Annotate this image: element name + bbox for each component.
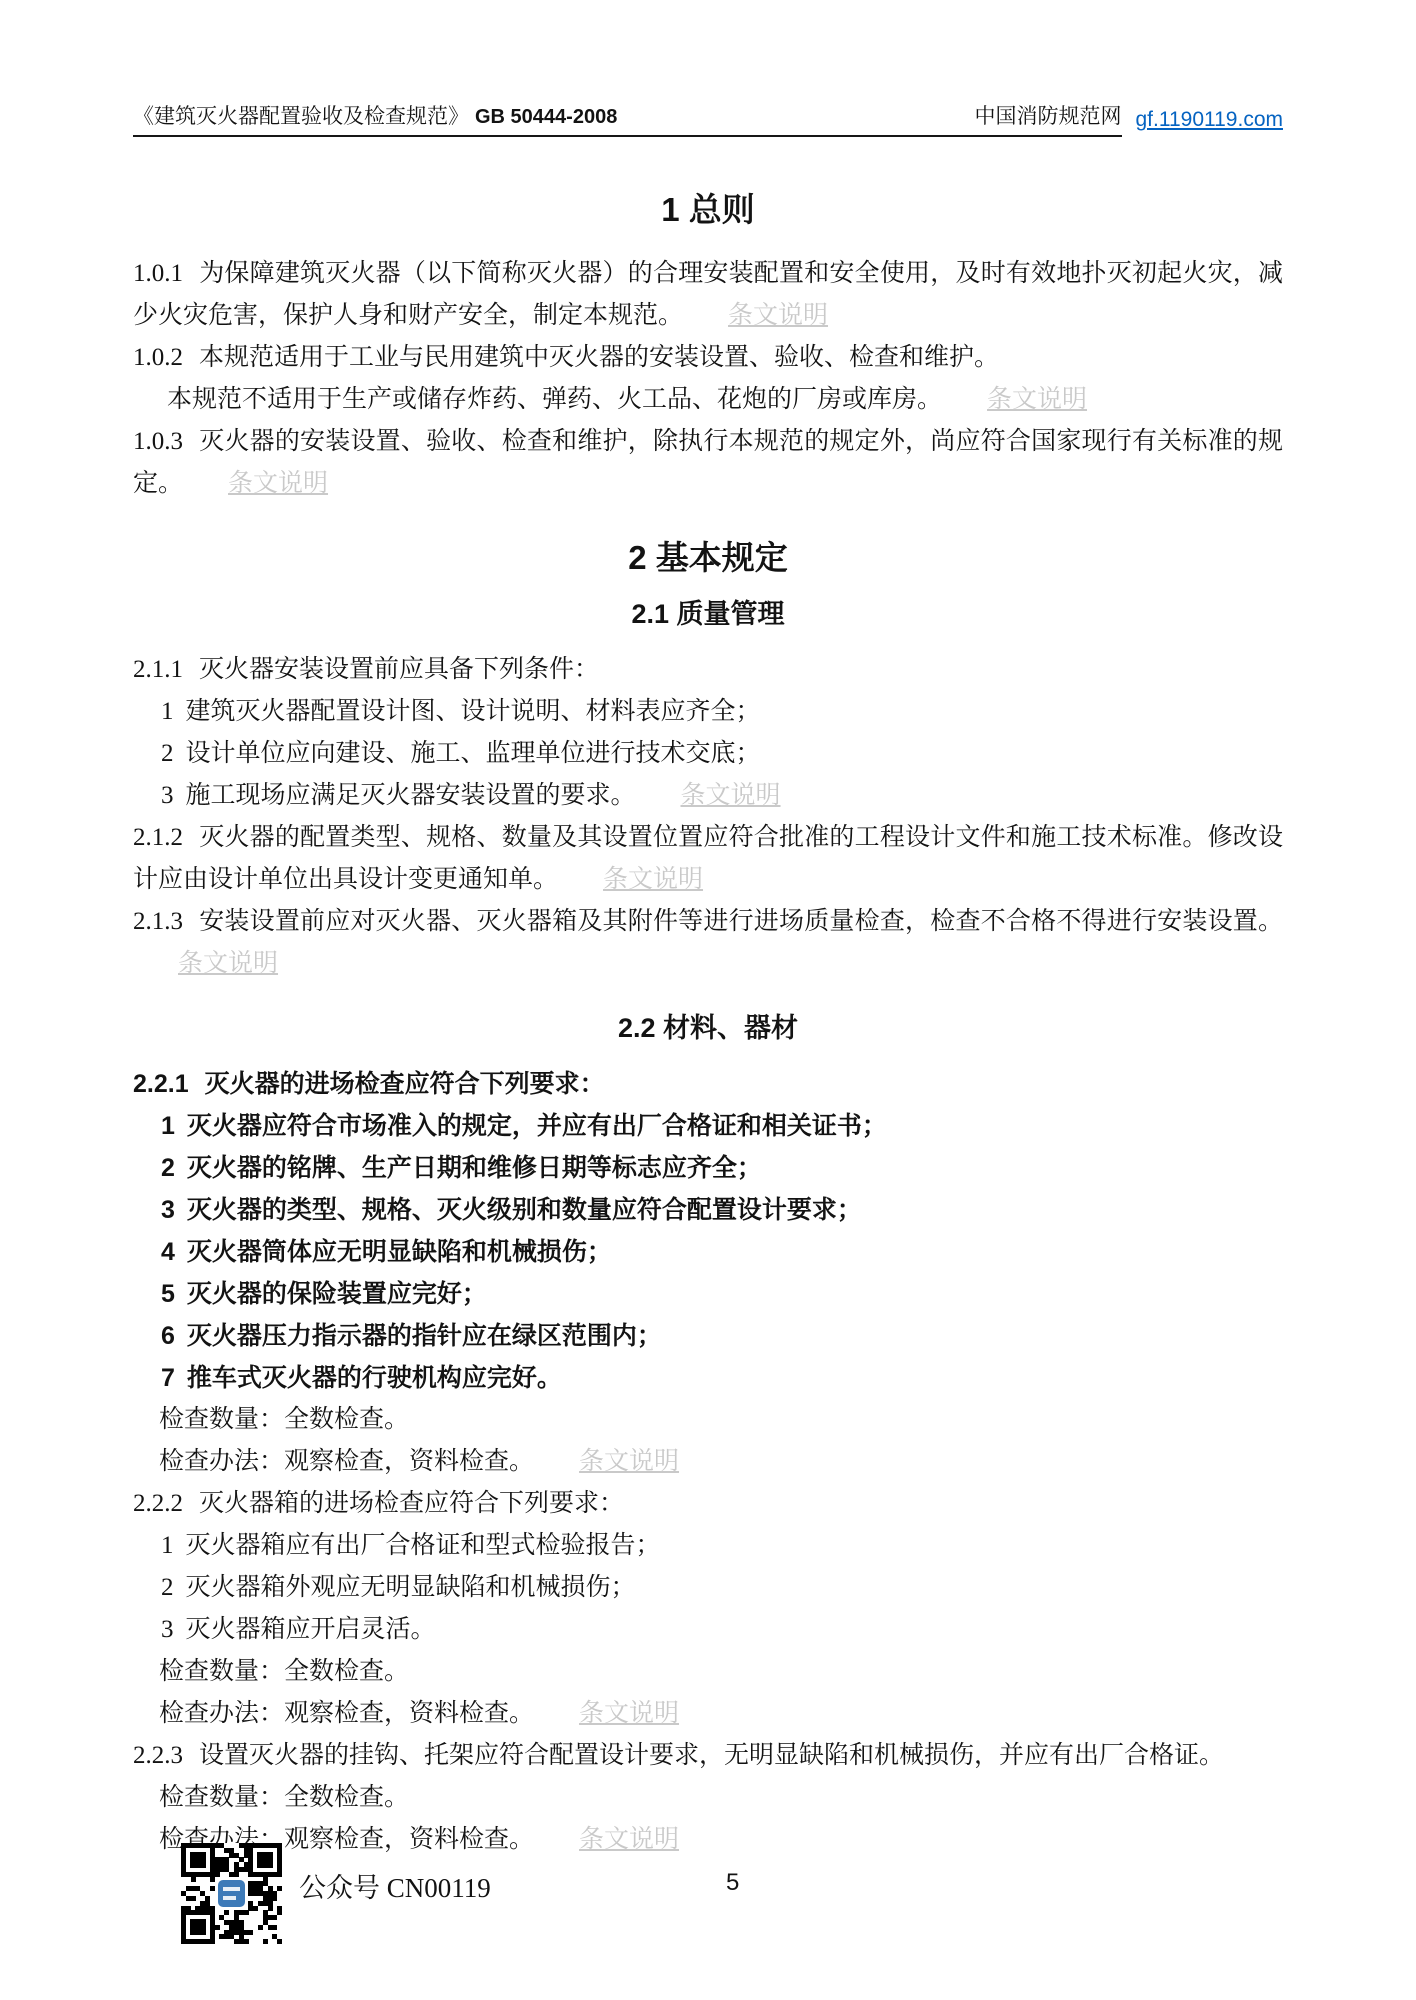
item-number: 5 — [161, 1280, 175, 1308]
explanation-link[interactable]: 条文说明 — [728, 302, 828, 329]
check-quantity-line: 检查数量：全数检查。 — [133, 1777, 1283, 1819]
clause-2-1-2: 2.1.2灭火器的配置类型、规格、数量及其设置位置应符合批准的工程设计文件和施工… — [133, 817, 1283, 901]
section-2-1-title: 2.1 质量管理 — [133, 595, 1283, 633]
item-text: 施工现场应满足灭火器安装设置的要求。 — [186, 782, 636, 809]
item-number: 4 — [161, 1238, 175, 1266]
explanation-link[interactable]: 条文说明 — [603, 866, 703, 893]
qr-finder — [248, 1843, 282, 1877]
clause-2-1-1: 2.1.1灭火器安装设置前应具备下列条件： — [133, 649, 1283, 691]
site-link[interactable]: gf.1190119.com — [1136, 108, 1284, 137]
clause-2-2-2: 2.2.2灭火器箱的进场检查应符合下列要求： — [133, 1483, 1283, 1525]
clause-number: 2.1.2 — [133, 824, 183, 851]
item-text: 灭火器箱应开启灵活。 — [186, 1616, 436, 1643]
qr-logo — [216, 1878, 247, 1909]
explanation-link[interactable]: 条文说明 — [579, 1700, 679, 1727]
clause-number: 1.0.2 — [133, 344, 183, 371]
site-name: 中国消防规范网 — [975, 100, 1122, 130]
item-text: 推车式灭火器的行驶机构应完好。 — [187, 1364, 562, 1392]
check-method-line: 检查办法：观察检查，资料检查。条文说明 — [133, 1819, 1283, 1861]
chapter2-title: 2 基本规定 — [133, 535, 1283, 581]
clause-text: 灭火器的进场检查应符合下列要求： — [205, 1070, 605, 1098]
clause-1-0-2-continuation: 本规范不适用于生产或储存炸药、弹药、火工品、花炮的厂房或库房。条文说明 — [133, 379, 1283, 421]
explanation-link[interactable]: 条文说明 — [681, 782, 781, 809]
list-item: 7推车式灭火器的行驶机构应完好。 — [133, 1357, 1283, 1399]
doc-title: 《建筑灭火器配置验收及检查规范》 — [133, 104, 469, 128]
clause-number: 2.2.2 — [133, 1490, 183, 1517]
explanation-link[interactable]: 条文说明 — [178, 950, 278, 977]
page-header: 《建筑灭火器配置验收及检查规范》GB 50444-2008 中国消防规范网 gf… — [0, 0, 1416, 137]
clause-text: 安装设置前应对灭火器、灭火器箱及其附件等进行进场质量检查，检查不合格不得进行安装… — [199, 908, 1283, 935]
qr-finder — [181, 1843, 215, 1877]
clause-2-1-3: 2.1.3安装设置前应对灭火器、灭火器箱及其附件等进行进场质量检查，检查不合格不… — [133, 901, 1283, 985]
doc-code: GB 50444-2008 — [475, 106, 617, 128]
check-method-text: 检查办法：观察检查，资料检查。 — [159, 1700, 534, 1727]
document-body: 1 总则 1.0.1为保障建筑灭火器（以下简称灭火器）的合理安装配置和安全使用，… — [133, 187, 1283, 1861]
clause-number: 2.2.1 — [133, 1070, 189, 1098]
clause-text: 灭火器安装设置前应具备下列条件： — [199, 656, 599, 683]
item-number: 6 — [161, 1322, 175, 1350]
clause-number: 2.2.3 — [133, 1742, 183, 1769]
item-text: 灭火器的类型、规格、灭火级别和数量应符合配置设计要求； — [187, 1196, 862, 1224]
check-quantity-line: 检查数量：全数检查。 — [133, 1399, 1283, 1441]
item-text: 灭火器应符合市场准入的规定，并应有出厂合格证和相关证书； — [187, 1112, 887, 1140]
clause-1-0-3: 1.0.3灭火器的安装设置、验收、检查和维护，除执行本规范的规定外，尚应符合国家… — [133, 421, 1283, 505]
clause-1-0-2: 1.0.2本规范适用于工业与民用建筑中灭火器的安装设置、验收、检查和维护。 — [133, 337, 1283, 379]
check-method-text: 检查办法：观察检查，资料检查。 — [159, 1448, 534, 1475]
item-text: 灭火器的铭牌、生产日期和维修日期等标志应齐全； — [187, 1154, 762, 1182]
list-item: 6灭火器压力指示器的指针应在绿区范围内； — [133, 1315, 1283, 1357]
list-item: 1灭火器箱应有出厂合格证和型式检验报告； — [133, 1525, 1283, 1567]
list-item: 4灭火器筒体应无明显缺陷和机械损伤； — [133, 1231, 1283, 1273]
item-number: 1 — [161, 1112, 175, 1140]
clause-text: 灭火器箱的进场检查应符合下列要求： — [199, 1490, 624, 1517]
item-number: 1 — [161, 1532, 174, 1559]
clause-text: 本规范适用于工业与民用建筑中灭火器的安装设置、验收、检查和维护。 — [199, 344, 999, 371]
page-number: 5 — [726, 1869, 739, 1897]
clause-number: 2.1.3 — [133, 908, 183, 935]
item-number: 7 — [161, 1364, 175, 1392]
list-item: 5灭火器的保险装置应完好； — [133, 1273, 1283, 1315]
list-item: 2设计单位应向建设、施工、监理单位进行技术交底； — [133, 733, 1283, 775]
item-number: 1 — [161, 698, 174, 725]
list-item: 2灭火器箱外观应无明显缺陷和机械损伤； — [133, 1567, 1283, 1609]
explanation-link[interactable]: 条文说明 — [987, 386, 1087, 413]
clause-number: 1.0.1 — [133, 260, 183, 287]
header-left: 《建筑灭火器配置验收及检查规范》GB 50444-2008 — [133, 100, 617, 130]
item-number: 3 — [161, 1196, 175, 1224]
clause-text: 设置灭火器的挂钩、托架应符合配置设计要求，无明显缺陷和机械损伤，并应有出厂合格证… — [199, 1742, 1224, 1769]
list-item: 3灭火器箱应开启灵活。 — [133, 1609, 1283, 1651]
item-number: 3 — [161, 1616, 174, 1643]
clause-text: 灭火器的配置类型、规格、数量及其设置位置应符合批准的工程设计文件和施工技术标准。… — [133, 824, 1283, 893]
item-text: 设计单位应向建设、施工、监理单位进行技术交底； — [186, 740, 761, 767]
clause-text: 为保障建筑灭火器（以下简称灭火器）的合理安装配置和安全使用，及时有效地扑灭初起火… — [133, 260, 1283, 329]
header-rule: 《建筑灭火器配置验收及检查规范》GB 50444-2008 中国消防规范网 — [133, 100, 1122, 137]
qr-finder — [181, 1910, 215, 1944]
chapter1-title: 1 总则 — [133, 187, 1283, 233]
list-item: 1灭火器应符合市场准入的规定，并应有出厂合格证和相关证书； — [133, 1105, 1283, 1147]
list-item: 3灭火器的类型、规格、灭火级别和数量应符合配置设计要求； — [133, 1189, 1283, 1231]
list-item: 3施工现场应满足灭火器安装设置的要求。条文说明 — [133, 775, 1283, 817]
section-2-2-title: 2.2 材料、器材 — [133, 1009, 1283, 1047]
item-number: 2 — [161, 1154, 175, 1182]
explanation-link[interactable]: 条文说明 — [579, 1826, 679, 1853]
item-text: 灭火器箱应有出厂合格证和型式检验报告； — [186, 1532, 661, 1559]
list-item: 2灭火器的铭牌、生产日期和维修日期等标志应齐全； — [133, 1147, 1283, 1189]
qr-caption: 公众号 CN00119 — [299, 1866, 491, 1905]
clause-text: 本规范不适用于生产或储存炸药、弹药、火工品、花炮的厂房或库房。 — [167, 386, 942, 413]
item-text: 灭火器筒体应无明显缺陷和机械损伤； — [187, 1238, 612, 1266]
item-text: 灭火器的保险装置应完好； — [187, 1280, 487, 1308]
list-item: 1建筑灭火器配置设计图、设计说明、材料表应齐全； — [133, 691, 1283, 733]
clause-1-0-1: 1.0.1为保障建筑灭火器（以下简称灭火器）的合理安装配置和安全使用，及时有效地… — [133, 253, 1283, 337]
item-text: 建筑灭火器配置设计图、设计说明、材料表应齐全； — [186, 698, 761, 725]
item-number: 2 — [161, 740, 174, 767]
item-text: 灭火器箱外观应无明显缺陷和机械损伤； — [186, 1574, 636, 1601]
clause-2-2-1: 2.2.1灭火器的进场检查应符合下列要求： — [133, 1063, 1283, 1105]
explanation-link[interactable]: 条文说明 — [228, 470, 328, 497]
qr-code — [181, 1843, 282, 1944]
explanation-link[interactable]: 条文说明 — [579, 1448, 679, 1475]
item-number: 3 — [161, 782, 174, 809]
check-method-line: 检查办法：观察检查，资料检查。条文说明 — [133, 1693, 1283, 1735]
document-page: 《建筑灭火器配置验收及检查规范》GB 50444-2008 中国消防规范网 gf… — [0, 0, 1416, 2000]
check-method-line: 检查办法：观察检查，资料检查。条文说明 — [133, 1441, 1283, 1483]
clause-number: 2.1.1 — [133, 656, 183, 683]
item-text: 灭火器压力指示器的指针应在绿区范围内； — [187, 1322, 662, 1350]
clause-2-2-3: 2.2.3设置灭火器的挂钩、托架应符合配置设计要求，无明显缺陷和机械损伤，并应有… — [133, 1735, 1283, 1777]
check-quantity-line: 检查数量：全数检查。 — [133, 1651, 1283, 1693]
clause-number: 1.0.3 — [133, 428, 183, 455]
item-number: 2 — [161, 1574, 174, 1601]
